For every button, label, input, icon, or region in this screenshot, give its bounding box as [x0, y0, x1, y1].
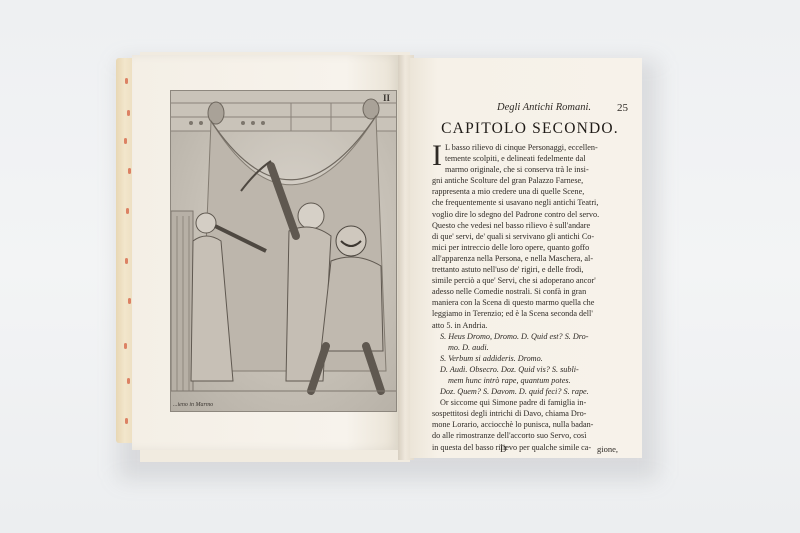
text-line: L basso rilievo di cinque Personaggi, ec…	[445, 142, 618, 153]
text-line: marmo originale, che si conserva trà le …	[445, 164, 618, 175]
plate-number: II	[383, 93, 390, 103]
dialogue-line: S. Verbum si addideris. Dromo.	[432, 353, 618, 364]
text-line: rappresenta a mio credere una di quelle …	[432, 186, 618, 197]
running-head: Degli Antichi Romani.	[454, 102, 634, 113]
text-line: adesso nelle Comedie nostrali. Si confà …	[432, 286, 618, 297]
text-line: Or siccome qui Simone padre di famiglia …	[432, 397, 618, 408]
text-line: sospettitosi degli intrichi di Davo, chi…	[432, 408, 618, 419]
engraving-plate: II ...ieno in Marmo	[170, 90, 397, 412]
signature-mark: D	[500, 444, 507, 454]
text-line: in questa del basso rilievo per qualche …	[432, 442, 618, 453]
text-line: mone Lorario, acciocchè lo punisca, null…	[432, 419, 618, 430]
dialogue-line: mem hunc intrò rape, quantum potes.	[432, 375, 618, 386]
dialogue-line: mo. D. audi.	[432, 342, 618, 353]
text-line: gni antiche Scolture del gran Palazzo Fa…	[432, 175, 618, 186]
plate-caption: ...ieno in Marmo	[173, 402, 213, 408]
text-line: do alle rimostranze dell'accorto suo Ser…	[432, 430, 618, 441]
text-line: all'apparenza nella Persona, e nella Mas…	[432, 253, 618, 264]
text-line: atto 5. in Andria.	[432, 320, 618, 331]
bas-relief-engraving	[171, 91, 396, 411]
text-line: che frequentemente si usavano negli anti…	[432, 197, 618, 208]
text-line: simile perciò a que' Servi, che si adope…	[432, 275, 618, 286]
chapter-title: CAPITOLO SECONDO.	[430, 120, 630, 138]
open-book: II ...ieno in Marmo Degli Antichi Romani…	[0, 0, 800, 533]
dialogue-line: S. Heus Dromo, Dromo. D. Quid est? S. Dr…	[432, 331, 618, 342]
text-line: maniera con la Scena di questo marmo que…	[432, 297, 618, 308]
drop-cap: I	[432, 143, 442, 169]
text-line: Questo che vedesi nel basso rilievo è su…	[432, 220, 618, 231]
text-line: leggiamo in Terenzio; ed è la Scena seco…	[432, 308, 618, 319]
page-number: 25	[617, 102, 628, 114]
catchword: gione,	[597, 444, 618, 454]
text-line: temente scolpiti, e delineati fedelmente…	[445, 153, 618, 164]
text-line: trettanto astuto nell'uso de' rigiri, e …	[432, 264, 618, 275]
text-line: mici per intreccio delle loro opere, qua…	[432, 242, 618, 253]
dialogue-line: D. Audi. Obsecro. Doz. Quid vis? S. subl…	[432, 364, 618, 375]
text-line: di que' servi, de' quali si servivano gl…	[432, 231, 618, 242]
dialogue-line: Doz. Quem? S. Davom. D. quid feci? S. ra…	[432, 386, 618, 397]
right-page: Degli Antichi Romani. 25 CAPITOLO SECOND…	[410, 58, 642, 458]
text-line: voglio dire lo sdegno del Padrone contro…	[432, 209, 618, 220]
body-text: I L basso rilievo di cinque Personaggi, …	[432, 142, 618, 453]
